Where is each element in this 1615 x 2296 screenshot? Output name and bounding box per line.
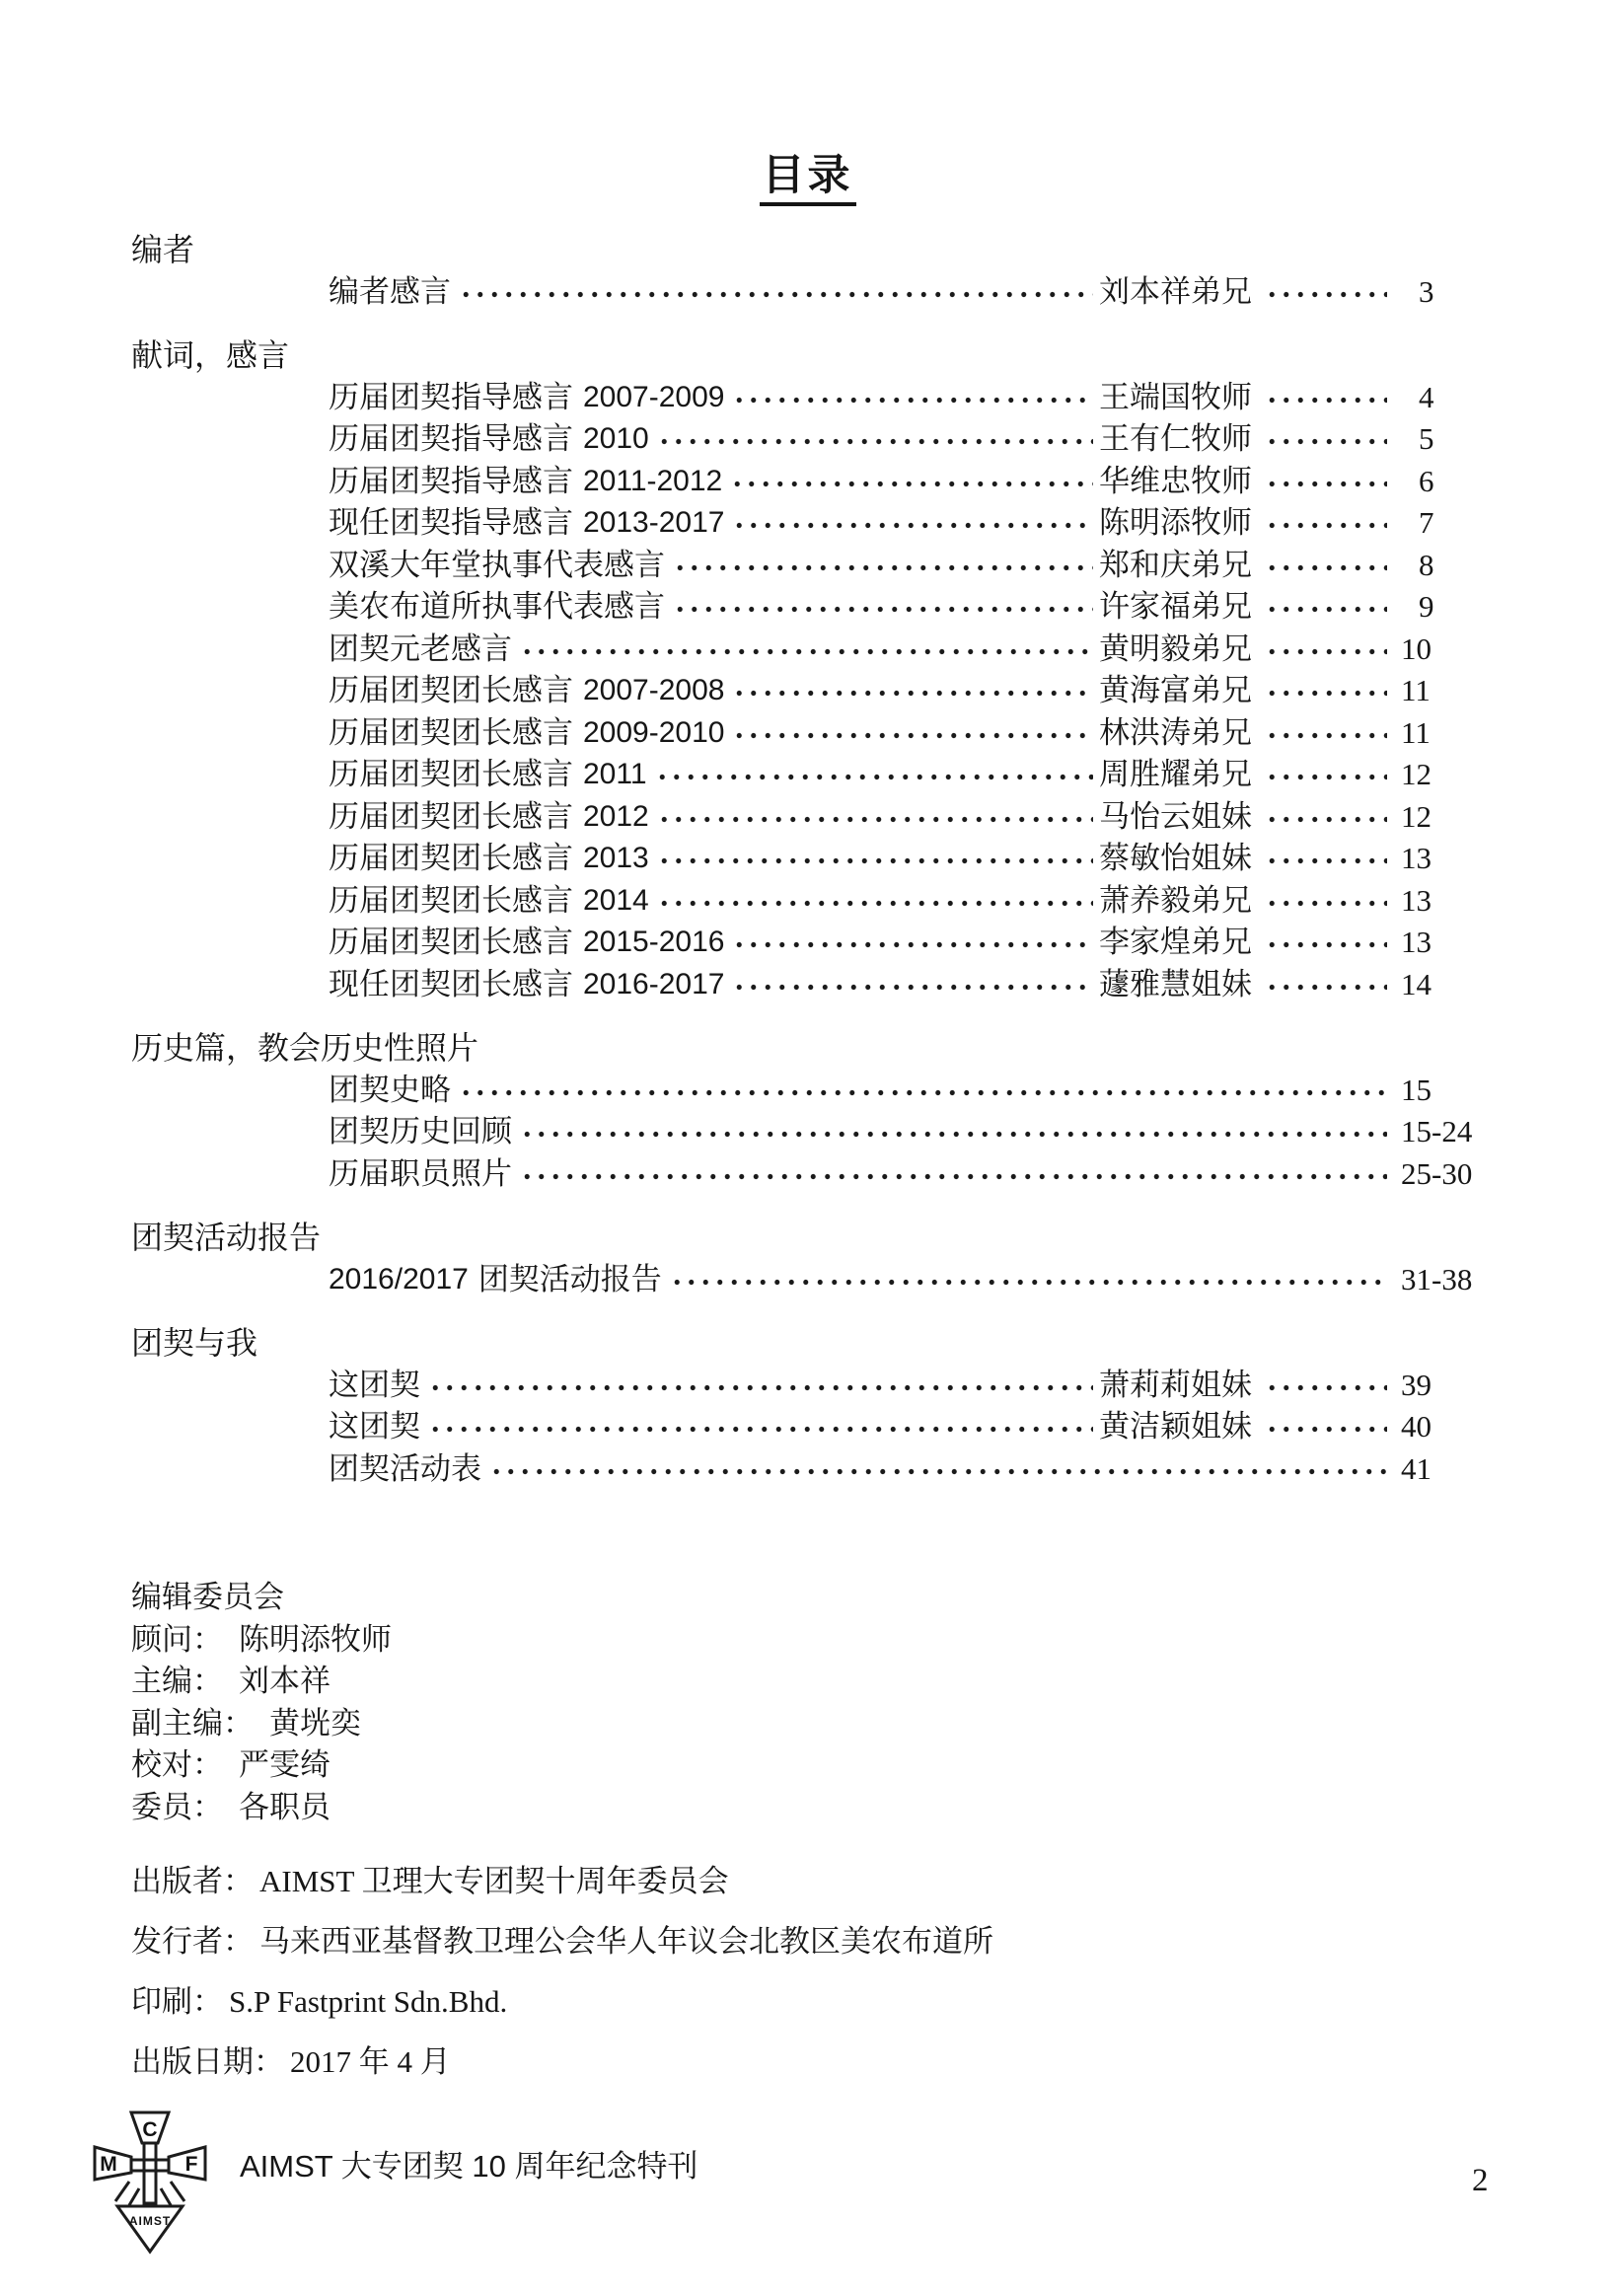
toc-entry: 历届团契团长感言2009-2010林洪涛弟兄11 [329, 712, 1482, 755]
logo-banner-text: AIMST [129, 2214, 171, 2228]
publication-line: 出版日期：2017 年 4 月 [131, 2032, 993, 2092]
committee-role: 副主编： [131, 1706, 254, 1741]
dot-leader [655, 838, 1093, 880]
toc-section: 团契与我 这团契萧莉莉姐妹39这团契黄洁颖姐妹40团契活动表41 [131, 1322, 1482, 1490]
entry-page-number: 12 [1393, 796, 1482, 839]
entry-year: 2011-2012 [583, 461, 722, 503]
entry-author: 蔡敏怡姐妹 [1099, 838, 1257, 880]
publication-value: 马来西亚基督教卫理公会华人年议会北教区美农布道所 [259, 1924, 993, 1959]
dot-leader [1263, 461, 1387, 503]
entry-author: 马怡云姐妹 [1099, 796, 1257, 839]
entry-year: 2015-2016 [583, 922, 724, 964]
entry-page-number: 14 [1393, 964, 1482, 1006]
entry-author: 周胜耀弟兄 [1099, 754, 1257, 796]
entry-title: 历届团契团长感言 [329, 712, 573, 755]
dot-leader [655, 796, 1093, 839]
mcf-fellowship-logo-icon: C M F AIMST [89, 2108, 211, 2259]
committee-role: 校对： [131, 1747, 223, 1782]
toc-entry: 编者感言刘本祥弟兄3 [329, 271, 1482, 314]
committee-name: 陈明添牧师 [239, 1622, 392, 1657]
entry-author: 黄海富弟兄 [1099, 670, 1257, 712]
committee-role: 主编： [131, 1664, 223, 1698]
entry-title: 历届团契团长感言 [329, 838, 573, 880]
toc-entry: 美农布道所执事代表感言许家福弟兄9 [329, 586, 1482, 629]
page-title: 目录 [0, 142, 1615, 202]
logo-letter-c: C [142, 2118, 157, 2141]
footer-title: AIMST 大专团契 10 周年纪念特刊 [240, 2141, 697, 2185]
dot-leader [518, 1153, 1387, 1196]
entry-title: 历届团契团长感言 [329, 796, 573, 839]
dot-leader [730, 922, 1093, 964]
entry-page-number: 15 [1393, 1070, 1482, 1112]
dot-leader [1263, 796, 1387, 839]
entry-year: 2007-2008 [583, 670, 724, 712]
entry-page-number: 13 [1393, 922, 1482, 964]
committee-member: 委员：各职员 [131, 1787, 392, 1829]
entry-title: 历届团契团长感言 [329, 754, 573, 796]
entry-title: 团契活动表 [329, 1448, 481, 1491]
entry-author: 陈明添牧师 [1099, 502, 1257, 545]
toc-entry: 团契历史回顾15-24 [329, 1111, 1482, 1153]
publication-value: S.P Fastprint Sdn.Bhd. [229, 1984, 507, 2019]
entry-title: 历届团契团长感言 [329, 670, 573, 712]
entry-title: 团契活动报告 [478, 1259, 662, 1301]
dot-leader [668, 1259, 1387, 1301]
toc-entry: 历届团契指导感言2007-2009王端国牧师4 [329, 377, 1482, 419]
toc-section-rows: 团契史略15团契历史回顾15-24历届职员照片25-30 [131, 1070, 1482, 1196]
entry-page-number: 9 [1393, 586, 1482, 629]
committee-block: 编辑委员会 顾问：陈明添牧师主编：刘本祥副主编：黄垙奕校对：严雯绮委员：各职员 [131, 1577, 392, 1829]
publication-value: AIMST 卫理大专团契十周年委员会 [259, 1864, 729, 1898]
dot-leader [655, 880, 1093, 923]
dot-leader [518, 1111, 1387, 1153]
entry-title: 现任团契指导感言 [329, 502, 573, 545]
dot-leader [426, 1365, 1093, 1407]
dot-leader [1263, 502, 1387, 545]
dot-leader [426, 1406, 1093, 1448]
dot-leader [1263, 545, 1387, 587]
toc-entry: 历届团契指导感言2011-2012华维忠牧师6 [329, 461, 1482, 503]
toc-entry: 现任团契团长感言2016-2017蘧雅慧姐妹14 [329, 964, 1482, 1006]
dot-leader [1263, 271, 1387, 314]
entry-page-number: 12 [1393, 754, 1482, 796]
entry-page-number: 11 [1393, 670, 1482, 712]
toc-section: 编者 编者感言刘本祥弟兄3 [131, 229, 1482, 313]
dot-leader [1263, 418, 1387, 461]
publication-line: 出版者：AIMST 卫理大专团契十周年委员会 [131, 1851, 993, 1911]
dot-leader [487, 1448, 1387, 1491]
committee-member: 顾问：陈明添牧师 [131, 1619, 392, 1662]
toc-entry: 历届团契团长感言2011周胜耀弟兄12 [329, 754, 1482, 796]
entry-title: 历届团契指导感言 [329, 461, 573, 503]
dot-leader [730, 670, 1093, 712]
entry-year: 2012 [583, 796, 649, 839]
page-title-text: 目录 [760, 153, 856, 206]
entry-year: 2007-2009 [583, 377, 724, 419]
toc-entry: 团契活动表41 [329, 1448, 1482, 1491]
entry-year: 2016/2017 [329, 1259, 469, 1301]
logo-letter-f: F [185, 2153, 198, 2176]
toc-section-rows: 这团契萧莉莉姐妹39这团契黄洁颖姐妹40团契活动表41 [131, 1365, 1482, 1491]
toc-section-heading: 献词，感言 [131, 334, 1482, 377]
toc-section-heading: 编者 [131, 229, 1482, 271]
entry-page-number: 6 [1393, 461, 1482, 503]
toc-entry: 历届团契团长感言2014萧养毅弟兄13 [329, 880, 1482, 923]
publication-label: 印刷： [131, 1984, 223, 2019]
dot-leader [457, 271, 1093, 314]
toc-entry: 历届职员照片25-30 [329, 1153, 1482, 1196]
entry-title: 团契元老感言 [329, 629, 512, 671]
publication-line: 印刷：S.P Fastprint Sdn.Bhd. [131, 1971, 993, 2032]
dot-leader [730, 377, 1093, 419]
entry-page-number: 10 [1393, 629, 1482, 671]
committee-role: 顾问： [131, 1622, 223, 1657]
entry-page-number: 8 [1393, 545, 1482, 587]
entry-title: 历届团契团长感言 [329, 880, 573, 923]
committee-name: 严雯绮 [239, 1747, 330, 1782]
entry-page-number: 11 [1393, 712, 1482, 755]
committee-name: 各职员 [239, 1790, 330, 1824]
publication-value: 2017 年 4 月 [290, 2044, 451, 2079]
entry-title: 编者感言 [329, 271, 451, 314]
committee-role: 委员： [131, 1790, 223, 1824]
committee-list: 顾问：陈明添牧师主编：刘本祥副主编：黄垙奕校对：严雯绮委员：各职员 [131, 1619, 392, 1829]
entry-author: 萧养毅弟兄 [1099, 880, 1257, 923]
entry-title: 这团契 [329, 1406, 420, 1448]
toc-entry: 历届团契团长感言2015-2016李家煌弟兄13 [329, 922, 1482, 964]
entry-year: 2010 [583, 418, 649, 461]
entry-author: 林洪涛弟兄 [1099, 712, 1257, 755]
entry-title: 历届职员照片 [329, 1153, 512, 1196]
entry-title: 双溪大年堂执事代表感言 [329, 545, 665, 587]
entry-title: 团契史略 [329, 1070, 451, 1112]
entry-year: 2009-2010 [583, 712, 724, 755]
logo-letter-m: M [100, 2153, 117, 2176]
entry-year: 2013 [583, 838, 649, 880]
toc-entry: 这团契萧莉莉姐妹39 [329, 1365, 1482, 1407]
toc-section: 历史篇，教会历史性照片 团契史略15团契历史回顾15-24历届职员照片25-30 [131, 1027, 1482, 1195]
toc-section: 团契活动报告 2016/2017团契活动报告31-38 [131, 1217, 1482, 1300]
toc-section-heading: 团契与我 [131, 1322, 1482, 1365]
dot-leader [1263, 964, 1387, 1006]
entry-page-number: 5 [1393, 418, 1482, 461]
entry-page-number: 25-30 [1393, 1153, 1482, 1196]
publication-label: 出版者： [131, 1864, 254, 1898]
publication-block: 出版者：AIMST 卫理大专团契十周年委员会发行者：马来西亚基督教卫理公会华人年… [131, 1851, 993, 2092]
toc-entry: 现任团契指导感言2013-2017陈明添牧师7 [329, 502, 1482, 545]
dot-leader [1263, 838, 1387, 880]
toc-entry: 历届团契指导感言2010王有仁牧师5 [329, 418, 1482, 461]
dot-leader [1263, 586, 1387, 629]
committee-name: 刘本祥 [239, 1664, 330, 1698]
entry-page-number: 13 [1393, 880, 1482, 923]
toc-entry: 2016/2017团契活动报告31-38 [329, 1259, 1482, 1301]
entry-page-number: 41 [1393, 1448, 1482, 1491]
dot-leader [1263, 1365, 1387, 1407]
toc-section-rows: 编者感言刘本祥弟兄3 [131, 271, 1482, 314]
dot-leader [655, 418, 1093, 461]
entry-title: 历届团契指导感言 [329, 377, 573, 419]
publication-label: 出版日期： [131, 2044, 284, 2079]
entry-author: 刘本祥弟兄 [1099, 271, 1257, 314]
entry-author: 许家福弟兄 [1099, 586, 1257, 629]
entry-year: 2016-2017 [583, 964, 724, 1006]
toc-section: 献词，感言 历届团契指导感言2007-2009王端国牧师4历届团契指导感言201… [131, 334, 1482, 1005]
entry-author: 华维忠牧师 [1099, 461, 1257, 503]
publication-label: 发行者： [131, 1924, 254, 1959]
entry-title: 美农布道所执事代表感言 [329, 586, 665, 629]
toc-section-rows: 2016/2017团契活动报告31-38 [131, 1259, 1482, 1301]
entry-title: 团契历史回顾 [329, 1111, 512, 1153]
committee-member: 副主编：黄垙奕 [131, 1703, 392, 1745]
dot-leader [1263, 754, 1387, 796]
entry-page-number: 4 [1393, 377, 1482, 419]
dot-leader [1263, 712, 1387, 755]
dot-leader [1263, 629, 1387, 671]
entry-page-number: 3 [1393, 271, 1482, 314]
entry-page-number: 40 [1393, 1406, 1482, 1448]
entry-page-number: 15-24 [1393, 1111, 1482, 1153]
dot-leader [671, 586, 1093, 629]
dot-leader [728, 461, 1093, 503]
committee-member: 主编：刘本祥 [131, 1661, 392, 1703]
committee-name: 黄垙奕 [269, 1706, 361, 1741]
entry-author: 王有仁牧师 [1099, 418, 1257, 461]
dot-leader [730, 964, 1093, 1006]
dot-leader [671, 545, 1093, 587]
dot-leader [1263, 1406, 1387, 1448]
entry-author: 萧莉莉姐妹 [1099, 1365, 1257, 1407]
entry-year: 2013-2017 [583, 502, 724, 545]
toc-entry: 团契元老感言黄明毅弟兄10 [329, 629, 1482, 671]
entry-page-number: 13 [1393, 838, 1482, 880]
committee-heading: 编辑委员会 [131, 1577, 392, 1619]
entry-title: 现任团契团长感言 [329, 964, 573, 1006]
toc-section-heading: 团契活动报告 [131, 1217, 1482, 1259]
toc-section-rows: 历届团契指导感言2007-2009王端国牧师4历届团契指导感言2010王有仁牧师… [131, 377, 1482, 1006]
entry-page-number: 39 [1393, 1365, 1482, 1407]
dot-leader [730, 502, 1093, 545]
toc-entry: 这团契黄洁颖姐妹40 [329, 1406, 1482, 1448]
toc-entry: 历届团契团长感言2012马怡云姐妹12 [329, 796, 1482, 839]
entry-year: 2011 [583, 754, 647, 796]
toc-entry: 双溪大年堂执事代表感言郑和庆弟兄8 [329, 545, 1482, 587]
entry-title: 历届团契团长感言 [329, 922, 573, 964]
dot-leader [1263, 670, 1387, 712]
toc-entry: 历届团契团长感言2013蔡敏怡姐妹13 [329, 838, 1482, 880]
dot-leader [457, 1070, 1387, 1112]
entry-author: 蘧雅慧姐妹 [1099, 964, 1257, 1006]
toc-entry: 团契史略15 [329, 1070, 1482, 1112]
entry-author: 李家煌弟兄 [1099, 922, 1257, 964]
dot-leader [1263, 922, 1387, 964]
entry-page-number: 7 [1393, 502, 1482, 545]
toc-entry: 历届团契团长感言2007-2008黄海富弟兄11 [329, 670, 1482, 712]
entry-author: 黄明毅弟兄 [1099, 629, 1257, 671]
committee-member: 校对：严雯绮 [131, 1744, 392, 1787]
dot-leader [1263, 880, 1387, 923]
entry-author: 黄洁颖姐妹 [1099, 1406, 1257, 1448]
entry-title: 历届团契指导感言 [329, 418, 573, 461]
page-number: 2 [1472, 2163, 1489, 2199]
dot-leader [730, 712, 1093, 755]
entry-year: 2014 [583, 880, 649, 923]
toc: 编者 编者感言刘本祥弟兄3 献词，感言 历届团契指导感言2007-2009王端国… [131, 229, 1482, 1490]
dot-leader [518, 629, 1093, 671]
entry-author: 郑和庆弟兄 [1099, 545, 1257, 587]
entry-page-number: 31-38 [1393, 1259, 1482, 1301]
dot-leader [1263, 377, 1387, 419]
dot-leader [653, 754, 1093, 796]
toc-section-heading: 历史篇，教会历史性照片 [131, 1027, 1482, 1070]
entry-author: 王端国牧师 [1099, 377, 1257, 419]
publication-line: 发行者：马来西亚基督教卫理公会华人年议会北教区美农布道所 [131, 1911, 993, 1971]
document-page: 目录 编者 编者感言刘本祥弟兄3 献词，感言 历届团契指导感言2007-2009… [0, 0, 1615, 2296]
entry-title: 这团契 [329, 1365, 420, 1407]
